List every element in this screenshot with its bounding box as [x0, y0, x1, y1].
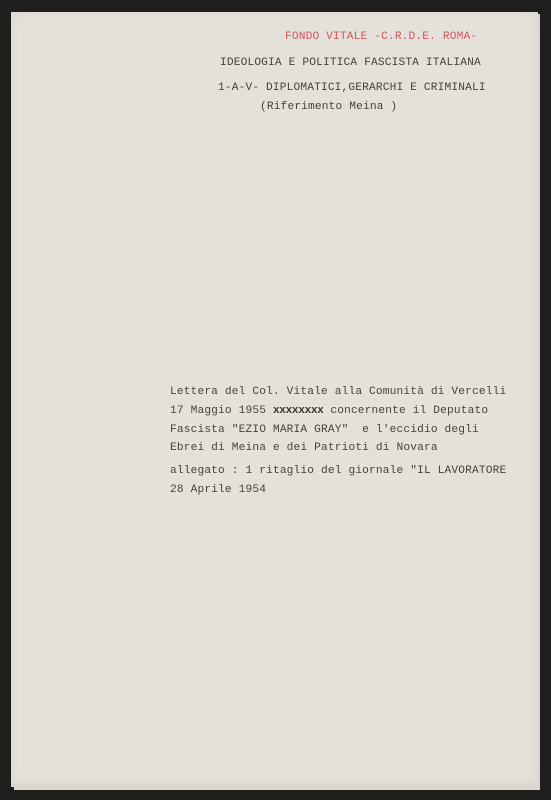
struck-out-text: xxxxxxxx [273, 405, 324, 417]
archive-header: FONDO VITALE -C.R.D.E. ROMA- [285, 31, 477, 44]
description-line-3: Fascista "EZIO MARIA GRAY" e l'eccidio d… [170, 424, 479, 437]
page-edge [11, 783, 538, 787]
description-line-2: 17 Maggio 1955 xxxxxxxx concernente il D… [170, 405, 488, 418]
date-text: 17 Maggio 1955 [170, 405, 273, 417]
subject-text: concernente il Deputato [323, 405, 488, 417]
description-line-4: Ebrei di Meina e dei Patrioti di Novara [170, 442, 438, 455]
series-title: IDEOLOGIA E POLITICA FASCISTA ITALIANA [220, 57, 481, 70]
section-title: 1-A-V- DIPLOMATICI,GERARCHI E CRIMINALI [218, 82, 486, 95]
document-page [11, 12, 538, 787]
reference-note: (Riferimento Meina ) [260, 101, 397, 114]
description-line-1: Lettera del Col. Vitale alla Comunità di… [170, 386, 506, 399]
attachments-line-1: allegato : 1 ritaglio del giornale "IL L… [170, 465, 506, 478]
attachments-line-2: 28 Aprile 1954 [170, 484, 266, 497]
